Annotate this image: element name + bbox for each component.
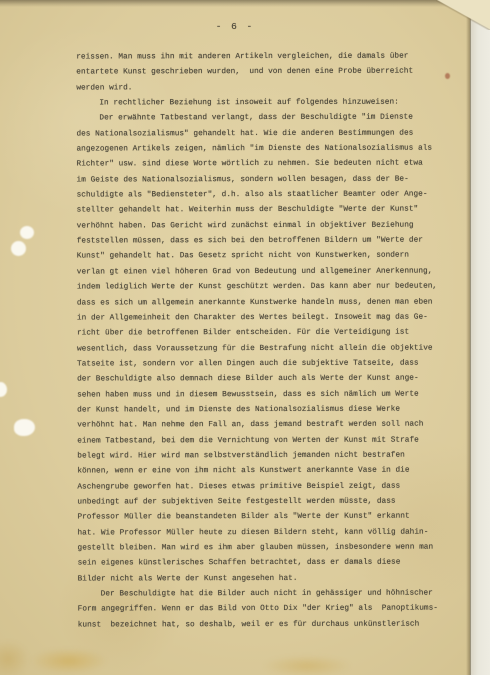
paragraph: Der Beschuldigte hat die Bilder auch nic… xyxy=(78,587,460,649)
text-line: verlan gt einen viel höheren Grad von Be… xyxy=(77,264,459,280)
text-line: des Nationalsozialismus" gehandelt hat. … xyxy=(76,126,458,142)
text-line: Bilder nicht als Werte der Kunst angeseh… xyxy=(78,571,460,587)
text-line: unbedingt auf der subjektiven Seite fest… xyxy=(77,494,459,510)
punch-hole-spot xyxy=(14,419,35,436)
text-line: werden wird. xyxy=(76,80,458,96)
text-line: können, wenn er eine von ihm nicht als K… xyxy=(77,464,459,480)
text-line: In rechtlicher Beziehung ist insoweit au… xyxy=(76,96,458,112)
paper-stain xyxy=(262,655,352,675)
paragraph: reissen. Man muss ihn mit anderen Artike… xyxy=(76,50,458,97)
text-line: kunst bezeichnet hat, so deshalb, weil e… xyxy=(78,617,460,633)
text-line: Form angegriffen. Wenn er das Bild von O… xyxy=(78,602,460,618)
text-line: Der Beschuldigte hat die Bilder auch nic… xyxy=(78,587,460,603)
text-line: in der Allgemeinheit den Charakter des W… xyxy=(77,310,459,326)
text-line: der Kunst handelt, und im Dienste des Na… xyxy=(77,402,459,418)
text-line: hat. Wie Professor Müller heute zu diese… xyxy=(77,525,459,541)
paragraph: Der erwähnte Tatbestand verlangt, dass d… xyxy=(76,111,459,588)
punch-hole-spot xyxy=(0,382,7,397)
text-line: der Beschuldigte also demnach diese Bild… xyxy=(77,372,459,388)
text-line: stellter gehandelt hat. Weiterhin muss d… xyxy=(77,203,459,219)
text-line: Richter" usw. sind diese Worte wörtlich … xyxy=(76,157,458,173)
page-number: - 6 - xyxy=(0,21,470,32)
text-line: Professor Müller die beanstandeten Bilde… xyxy=(77,510,459,526)
text-line: schuldigte als "Bediensteter", d.h. also… xyxy=(77,188,459,204)
text-line: dass es sich um allgemein anerkannte Kun… xyxy=(77,295,459,311)
text-line: indem lediglich Werte der Kunst geschütz… xyxy=(77,280,459,296)
text-line: Kunst" gehandelt hat. Das Gesetz spricht… xyxy=(77,249,459,265)
text-line: Tatseite ist, sondern vor allen Dingen a… xyxy=(77,356,459,372)
paper-right-edge xyxy=(466,0,471,675)
scanned-document-page: - 6 - reissen. Man muss ihn mit anderen … xyxy=(0,0,490,675)
text-line: Aschengrube geworfen hat. Dieses etwas p… xyxy=(77,479,459,495)
text-line: im Geiste des Nationalsozialismus, sonde… xyxy=(77,172,459,188)
text-line: belegt wird. Hier wird man selbstverstän… xyxy=(77,448,459,464)
text-line: sein eigenes künstlerisches Schaffen bet… xyxy=(78,556,460,572)
text-line: einem Tatbestand, bei dem die Vernichtun… xyxy=(77,433,459,449)
punch-hole-spot xyxy=(11,241,26,256)
text-line: reissen. Man muss ihn mit anderen Artike… xyxy=(76,50,458,66)
scan-background-strip xyxy=(470,0,490,675)
paragraph: In rechtlicher Beziehung ist insoweit au… xyxy=(76,96,458,112)
paper-stain xyxy=(30,648,108,674)
text-line: feststellen müssen, dass es sich bei den… xyxy=(77,234,459,250)
text-line: wesentlich, dass Voraussetzung für die B… xyxy=(77,341,459,357)
text-line xyxy=(78,633,460,649)
text-line: sehen haben muss und in diesem Bewusstse… xyxy=(77,387,459,403)
text-line: richt über die betroffenen Bilder entsch… xyxy=(77,326,459,342)
text-line: angezogenen Artikels zeigen, nämlich "im… xyxy=(76,142,458,158)
top-edge-shadow xyxy=(0,0,452,7)
punch-hole-spot xyxy=(20,226,34,239)
text-line: entartete Kunst geschrieben wurden, und … xyxy=(76,65,458,81)
document-body: reissen. Man muss ihn mit anderen Artike… xyxy=(76,50,460,649)
text-line: verhöhnt haben. Das Gericht wird zunächs… xyxy=(77,218,459,234)
text-line: verhöhnt hat. Man nehme den Fall an, das… xyxy=(77,418,459,434)
paper-stain xyxy=(0,640,30,675)
text-line: gestellt bleiben. Man wird es ihm aber g… xyxy=(78,540,460,556)
text-line: Der erwähnte Tatbestand verlangt, dass d… xyxy=(76,111,458,127)
